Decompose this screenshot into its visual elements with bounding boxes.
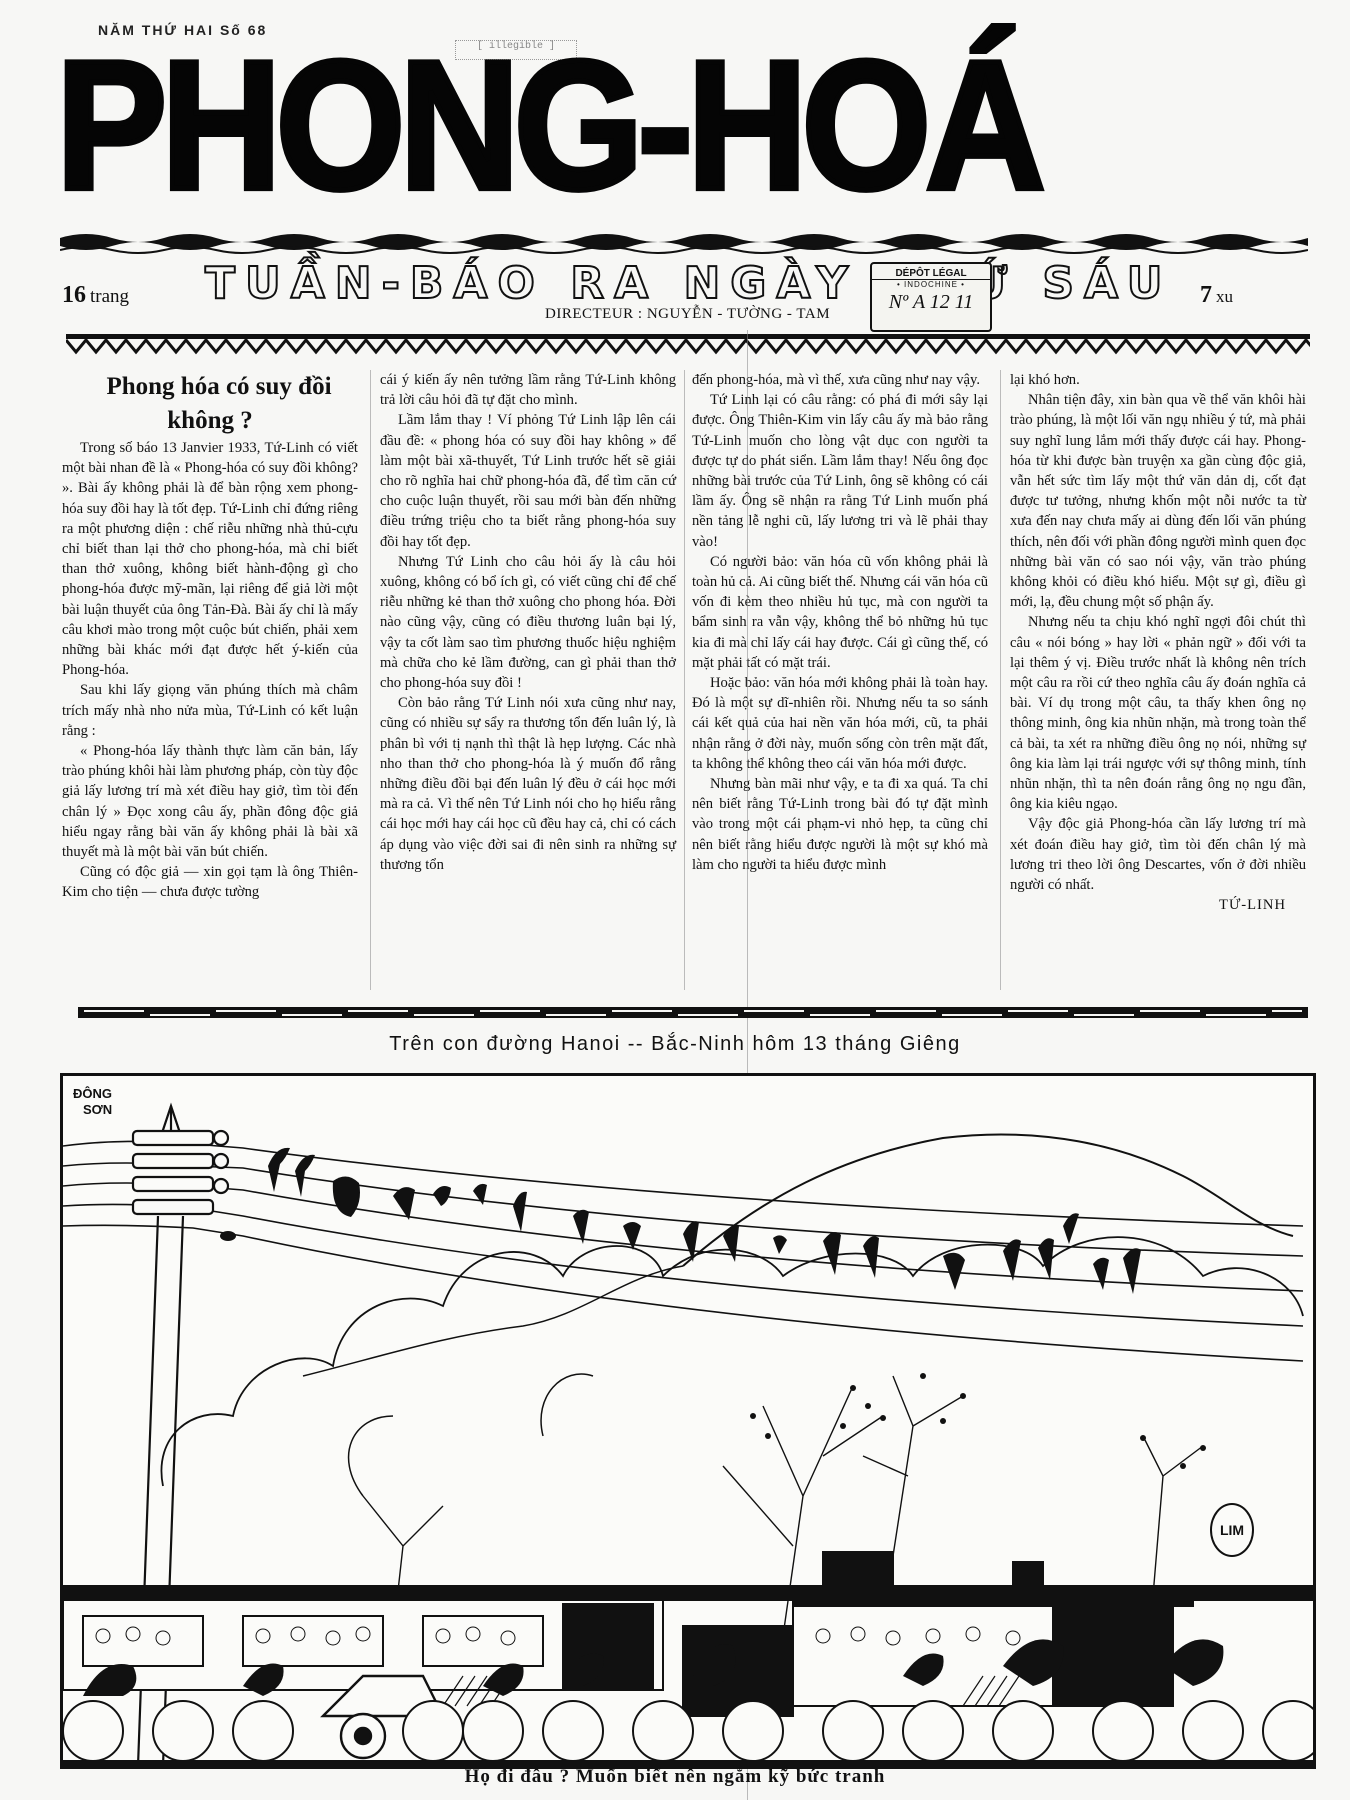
article-paragraph: Nhưng Tứ Linh cho câu hỏi ấy là câu hỏi … [380,552,676,693]
director-line: DIRECTEUR : NGUYỄN - TƯỜNG - TAM [545,306,830,323]
tagline: TUẦN-BÁO RA NGÀY THỨ SÁU [205,258,1172,309]
cartoon-caption-bottom: Họ đi đâu ? Muốn biết nên ngắm kỹ bức tr… [0,1766,1350,1788]
article-author: TỨ-LINH [1010,895,1306,915]
lim-road-sign: LIM [1210,1503,1254,1557]
artist-signature: ĐÔNG SƠN [73,1086,112,1118]
article-paragraph: Nhân tiện đây, xin bàn qua về thể văn kh… [1010,390,1306,612]
column-divider [370,370,371,990]
page-count-unit: trang [90,286,129,307]
article-paragraph: « Phong-hóa lấy thành thực làm căn bản, … [62,741,358,862]
newspaper-title: PHONG-HOÁ [56,48,1281,205]
column-divider [684,370,685,990]
page-count-number: 16 [62,282,86,308]
column-divider [1000,370,1001,990]
article-paragraph: Nhưng bàn mãi như vậy, e ta đi xa quá. T… [692,774,988,875]
article-paragraph: Sau khi lấy giọng văn phúng thích mà châ… [62,680,358,741]
price: 7xu [1200,282,1233,309]
article-column-4: lại khó hơn. Nhân tiện đây, xin bàn qua … [1010,370,1306,915]
cartoon-illustration: ĐÔNG SƠN [60,1073,1316,1769]
article-paragraph: Cũng có độc giả — xin gọi tạm là ông Thi… [62,862,358,902]
depot-stamp-line2: • INDOCHINE • [872,280,990,289]
cartoon-drawing [63,1076,1313,1766]
article-paragraph: đến phong-hóa, mà vì thế, xưa cũng như n… [692,370,988,390]
cartoon-caption-top: Trên con đường Hanoi -- Bắc-Ninh hôm 13 … [0,1033,1350,1056]
depot-stamp-line1: DÉPÔT LÉGAL [872,268,990,280]
article-paragraph: Tứ Linh lại có câu rằng: có phá đi mới s… [692,390,988,552]
wavy-divider [60,228,1308,254]
price-number: 7 [1200,282,1212,308]
article-paragraph: Lầm lắm thay ! Ví phỏng Tứ Linh lập lên … [380,410,676,551]
article-paragraph: cái ý kiến ấy nên tưởng lầm rằng Tứ-Linh… [380,370,676,410]
page-count: 16trang [62,282,129,309]
article-paragraph: Còn bảo rằng Tứ Linh nói xưa cũng như na… [380,693,676,875]
article-paragraph: Có người bảo: văn hóa cũ vốn không phải … [692,552,988,673]
zigzag-divider [66,334,1310,356]
article-column-2: cái ý kiến ấy nên tưởng lầm rằng Tứ-Linh… [380,370,676,875]
article-column-1: Phong hóa có suy đồi không ? Trong số bá… [62,370,358,903]
price-unit: xu [1216,287,1233,306]
article-column-3: đến phong-hóa, mà vì thế, xưa cũng như n… [692,370,988,875]
article-paragraph: Nhưng nếu ta chịu khó nghĩ ngợi đôi chút… [1010,612,1306,814]
dashed-divider [78,1005,1308,1021]
article-paragraph: lại khó hơn. [1010,370,1306,390]
article-headline: Phong hóa có suy đồi không ? [62,370,358,438]
article-paragraph: Hoặc bảo: văn hóa mới không phải là toàn… [692,673,988,774]
article-paragraph: Trong số báo 13 Janvier 1933, Tứ-Linh có… [62,438,358,680]
article-paragraph: Vậy độc giả Phong-hóa cần lấy lương trí … [1010,814,1306,895]
artist-signature-line1: ĐÔNG [73,1086,112,1102]
artist-signature-line2: SƠN [73,1102,112,1118]
depot-legal-stamp: DÉPÔT LÉGAL • INDOCHINE • Nº A 12 11 [870,262,992,332]
article: Phong hóa có suy đồi không ? Trong số bá… [62,370,1312,990]
depot-stamp-number: Nº A 12 11 [872,291,990,314]
